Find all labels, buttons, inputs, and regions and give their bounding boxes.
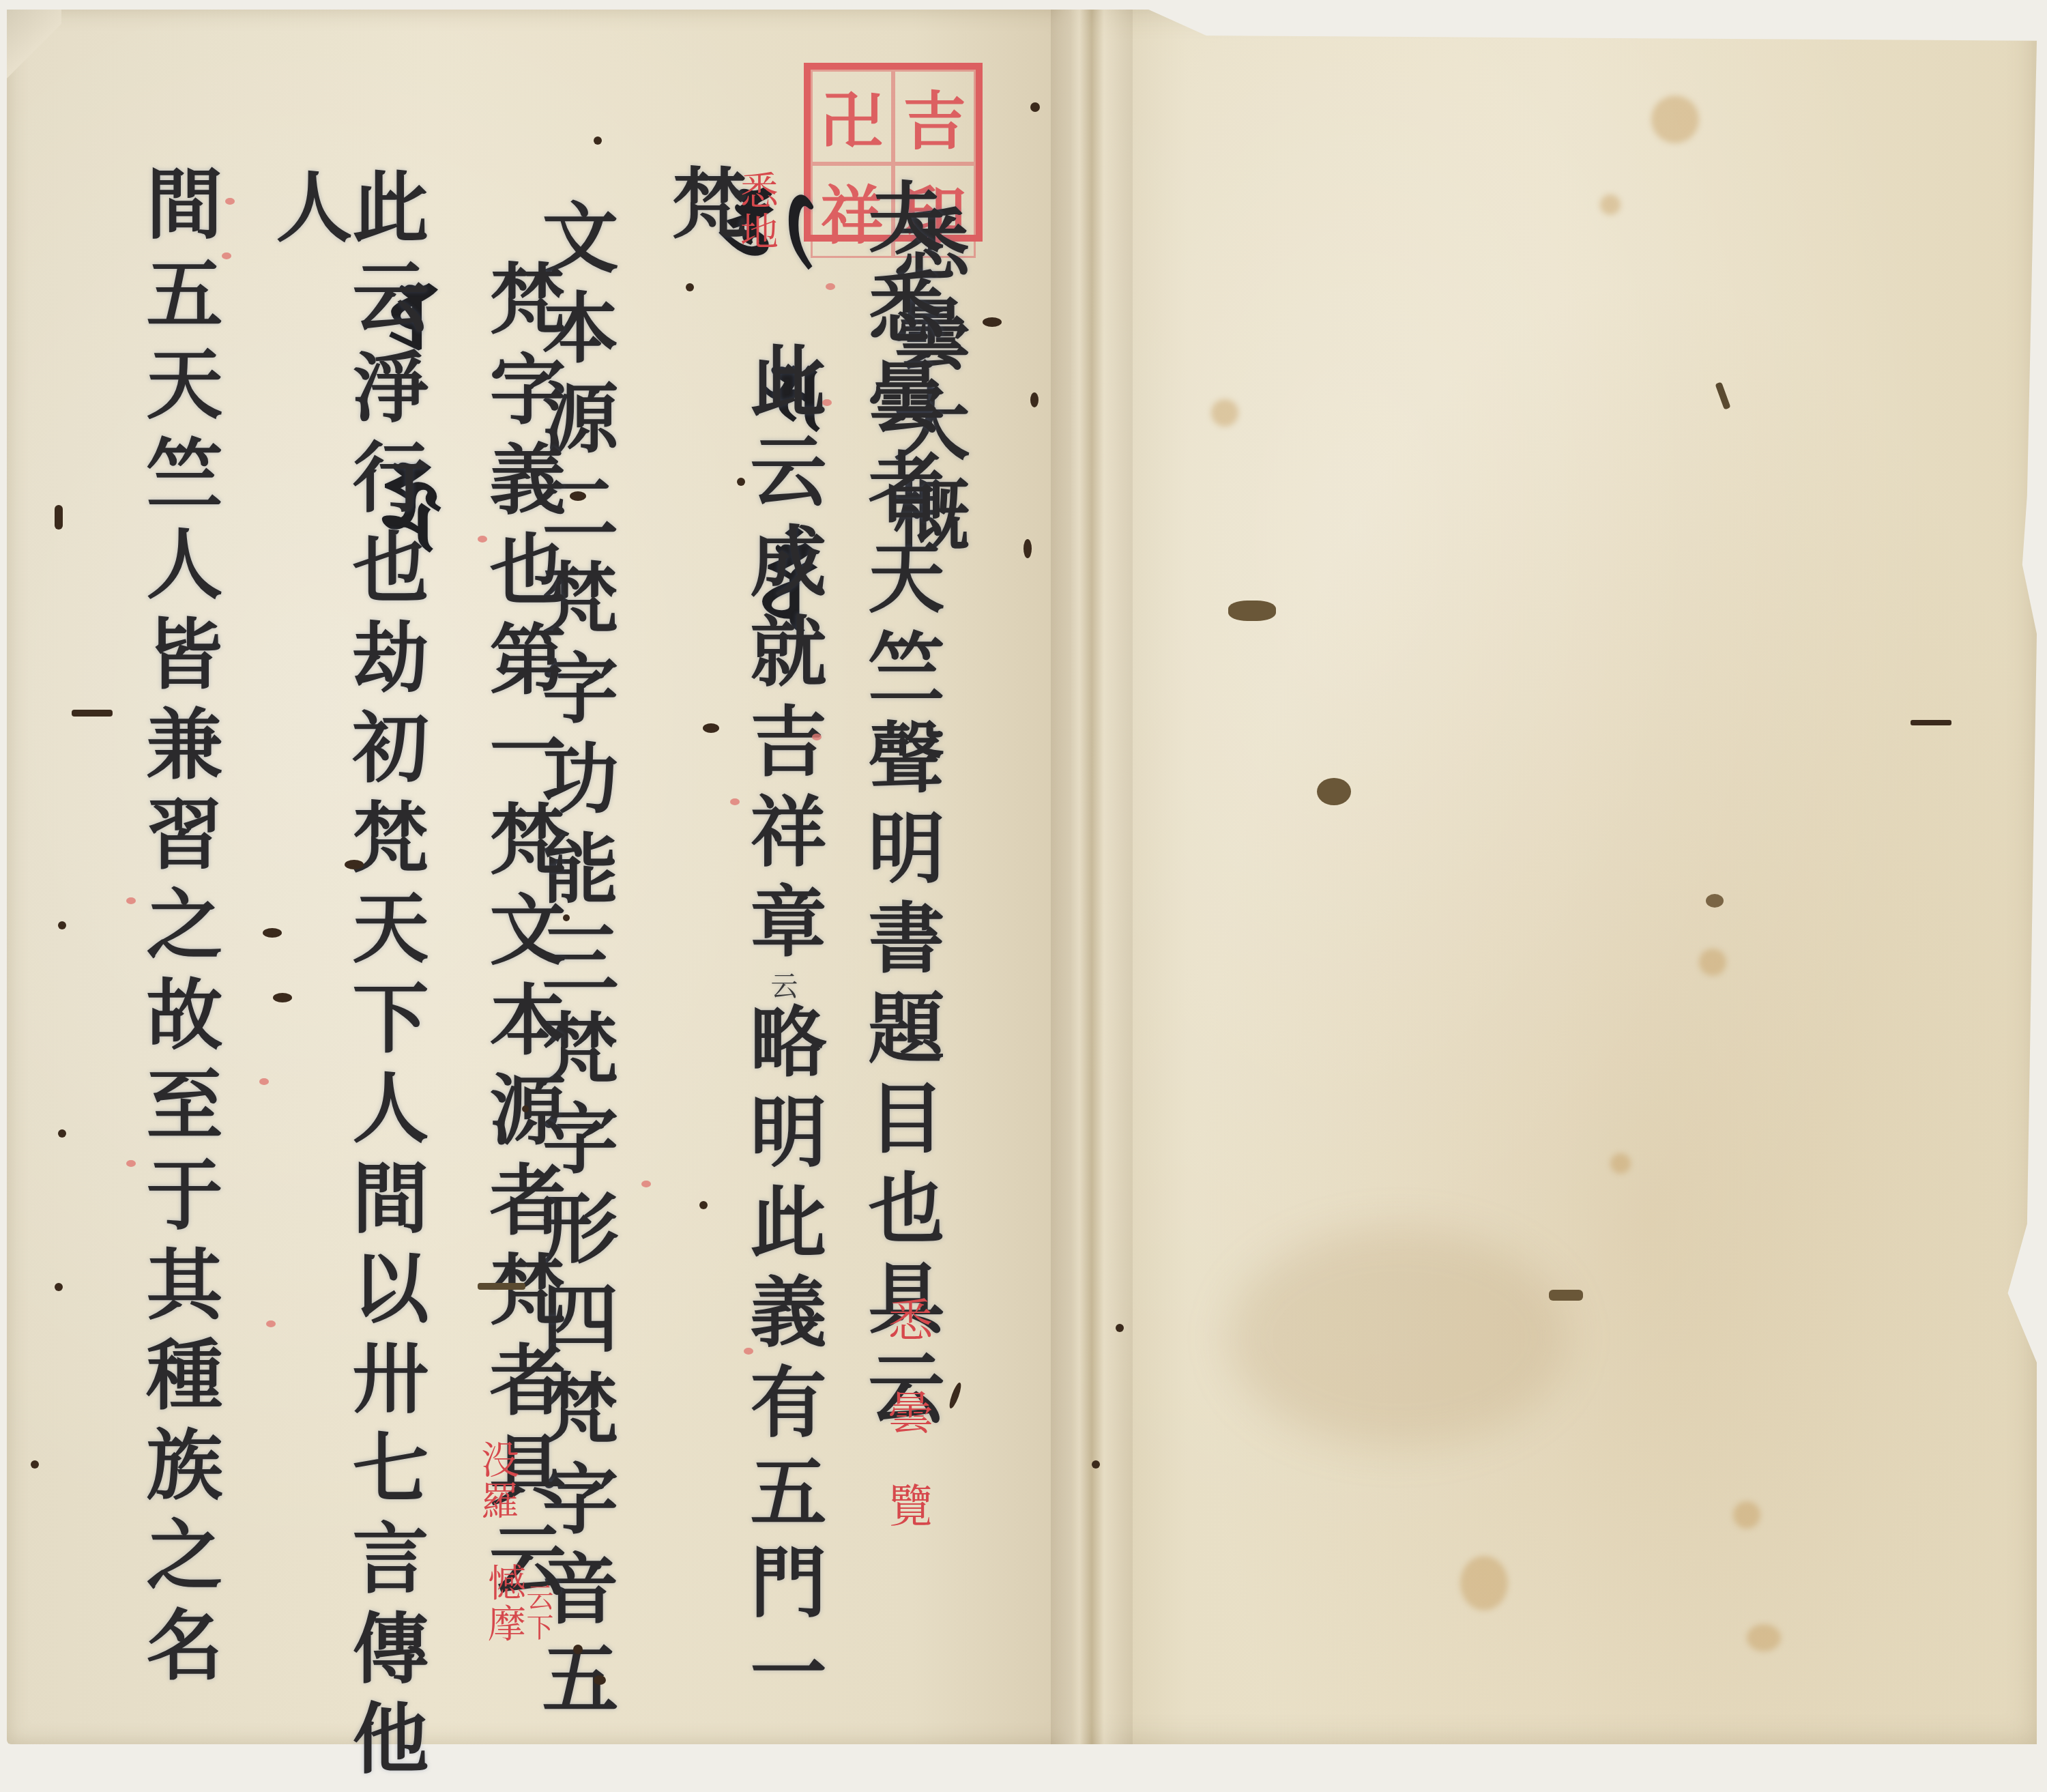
wormhole: [522, 1105, 529, 1112]
seal-glyph: 吉: [893, 70, 976, 164]
foxing-stain: [1651, 96, 1699, 143]
red-punctuation: [641, 1181, 651, 1187]
wormhole: [1549, 1290, 1583, 1301]
red-punctuation: [822, 399, 832, 406]
foxing-stain: [1600, 194, 1621, 215]
wormhole: [699, 1201, 708, 1209]
ink-streak: [478, 1283, 525, 1290]
red-punctuation: [744, 1348, 753, 1355]
red-punctuation: [812, 734, 822, 740]
column-text: 間五天竺人皆兼習之故至于其種族之名: [134, 164, 223, 1695]
red-punctuation: [478, 536, 487, 543]
column-3: 𑖨𑖿𑖝𑖲此云成就吉祥章云略明此義有五門一梵: [665, 164, 822, 1792]
red-gloss-siddhi: 悉地: [737, 171, 775, 252]
foxing-stain: [1747, 1624, 1781, 1651]
red-punctuation: [126, 897, 136, 904]
wormhole: [1317, 778, 1351, 805]
water-stain: [1228, 1228, 1569, 1447]
wormhole: [573, 1645, 583, 1654]
wormhole: [31, 1460, 39, 1469]
red-gloss-siddham: 悉曇覽: [884, 1297, 929, 1575]
red-punctuation: [266, 1320, 276, 1327]
wormhole: [58, 1129, 66, 1138]
right-page-blank: [1071, 10, 2037, 1744]
column-text: 此云成就吉祥章: [738, 341, 827, 972]
interlinear-note: 云: [766, 972, 798, 1002]
wormhole: [594, 1675, 606, 1685]
red-punctuation: [826, 283, 835, 290]
seal-glyph: 卍: [811, 70, 893, 164]
red-gloss-bra: 没羅: [478, 1440, 516, 1522]
red-punctuation: [222, 252, 231, 259]
column-text: 梵字義也第一梵文本源者梵者具云: [477, 259, 566, 1610]
wormhole: [570, 491, 586, 501]
column-text: 夫悉曇者天竺聲明書題目也具云: [856, 177, 945, 1439]
foxing-stain: [1699, 949, 1726, 976]
red-punctuation: [730, 798, 740, 805]
manuscript-spread: 卍 吉 祥 印 悉曇大概 夫悉曇者天竺聲明書題目也具云𑖭𑖰𑖟𑖿𑖠𑖽 𑖨𑖿𑖝𑖲此云…: [0, 0, 2047, 1792]
wormhole: [1706, 894, 1724, 908]
ink-streak: [1911, 720, 1951, 725]
wormhole: [1228, 601, 1276, 621]
wormhole: [1030, 102, 1040, 112]
wormhole: [1023, 539, 1032, 558]
ink-streak: [72, 710, 113, 717]
wormhole: [737, 478, 745, 486]
wormhole: [563, 914, 570, 921]
column-text: 此云淨行也劫初梵天下人間以卅七言傳他人: [263, 167, 429, 1789]
red-punctuation: [259, 1078, 269, 1085]
foxing-stain: [1460, 1556, 1508, 1610]
red-gloss-hma: 憾摩: [484, 1563, 523, 1645]
foxing-stain: [1211, 399, 1238, 427]
wormhole: [55, 1283, 63, 1291]
wormhole: [345, 860, 364, 869]
column-6: 此云淨行也劫初梵天下人間以卅七言傳他人: [270, 167, 422, 1792]
foxing-stain: [1610, 1153, 1631, 1174]
ink-streak: [55, 505, 63, 530]
wormhole: [703, 723, 719, 733]
wormhole: [263, 928, 282, 938]
column-7: 間五天竺人皆兼習之故至于其種族之名: [140, 164, 216, 1695]
wormhole: [273, 993, 292, 1002]
wormhole: [594, 136, 602, 145]
wormhole: [1092, 1460, 1100, 1469]
wormhole: [686, 283, 694, 291]
corner-fold: [7, 10, 61, 91]
binding-gutter: [1051, 10, 1133, 1744]
wormhole: [983, 317, 1002, 327]
red-punctuation: [126, 1160, 136, 1167]
wormhole: [1116, 1324, 1124, 1332]
wormhole: [58, 921, 66, 929]
red-gloss-note: 云下: [524, 1583, 551, 1643]
red-punctuation: [225, 198, 235, 205]
wormhole: [1030, 392, 1039, 407]
foxing-stain: [1733, 1501, 1760, 1529]
